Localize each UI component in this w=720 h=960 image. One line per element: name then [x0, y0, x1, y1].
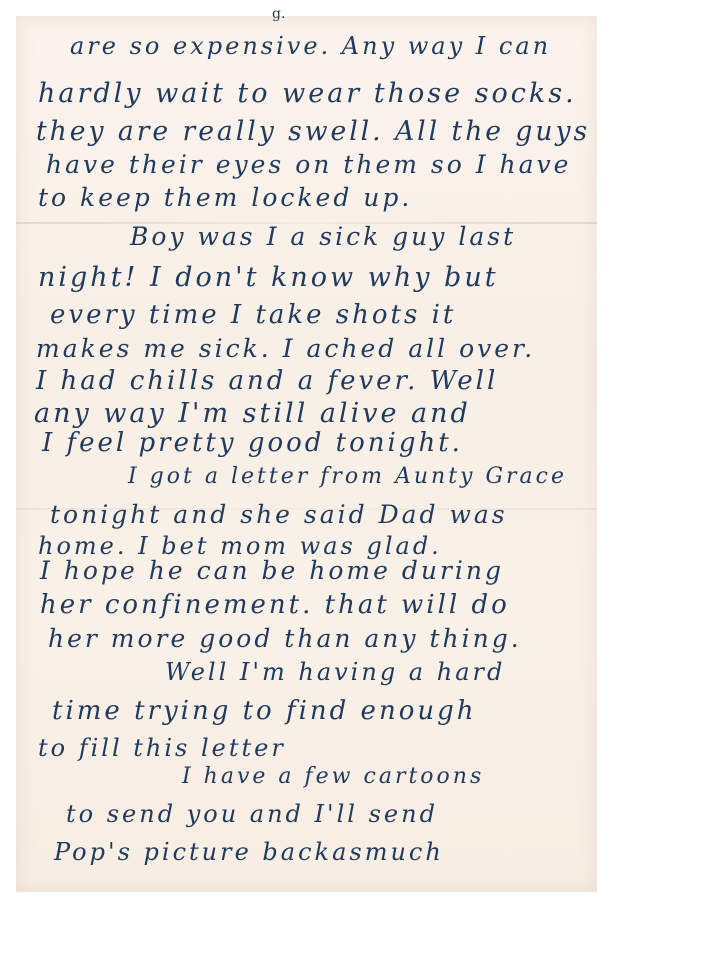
letter-line-10: I had chills and a fever. Well — [36, 366, 498, 396]
letter-line-18: her more good than any thing. — [48, 624, 522, 653]
letter-line-14: tonight and she said Dad was — [50, 500, 508, 529]
letter-line-20: time trying to find enough — [52, 696, 476, 726]
letter-line-2: hardly wait to wear those socks. — [38, 78, 577, 109]
letter-line-19: Well I'm having a hard — [165, 658, 505, 686]
letter-line-5: to keep them locked up. — [38, 183, 412, 212]
letter-line-6: Boy was I a sick guy last — [130, 222, 516, 251]
letter-line-9: makes me sick. I ached all over. — [36, 334, 535, 363]
letter-line-13: I got a letter from Aunty Grace — [128, 464, 567, 489]
letter-line-23: to send you and I'll send — [66, 800, 438, 828]
letter-line-22: I have a few cartoons — [182, 764, 484, 789]
letter-line-4: have their eyes on them so I have — [46, 150, 571, 179]
letter-line-3: they are really swell. All the guys — [36, 116, 590, 147]
letter-line-24: Pop's picture backasmuch — [54, 838, 444, 866]
letter-line-7: night! I don't know why but — [38, 262, 499, 293]
letter-line-21: to fill this letter — [38, 734, 286, 762]
letter-line-17: her confinement. that will do — [40, 590, 510, 620]
letter-line-12: I feel pretty good tonight. — [42, 428, 463, 458]
letter-line-8: every time I take shots it — [50, 300, 456, 330]
letter-line-1: are so expensive. Any way I can — [70, 32, 551, 60]
letter-line-11: any way I'm still alive and — [34, 398, 471, 429]
letter-line-16: I hope he can be home during — [40, 556, 504, 585]
top-mark: g. — [272, 6, 285, 22]
